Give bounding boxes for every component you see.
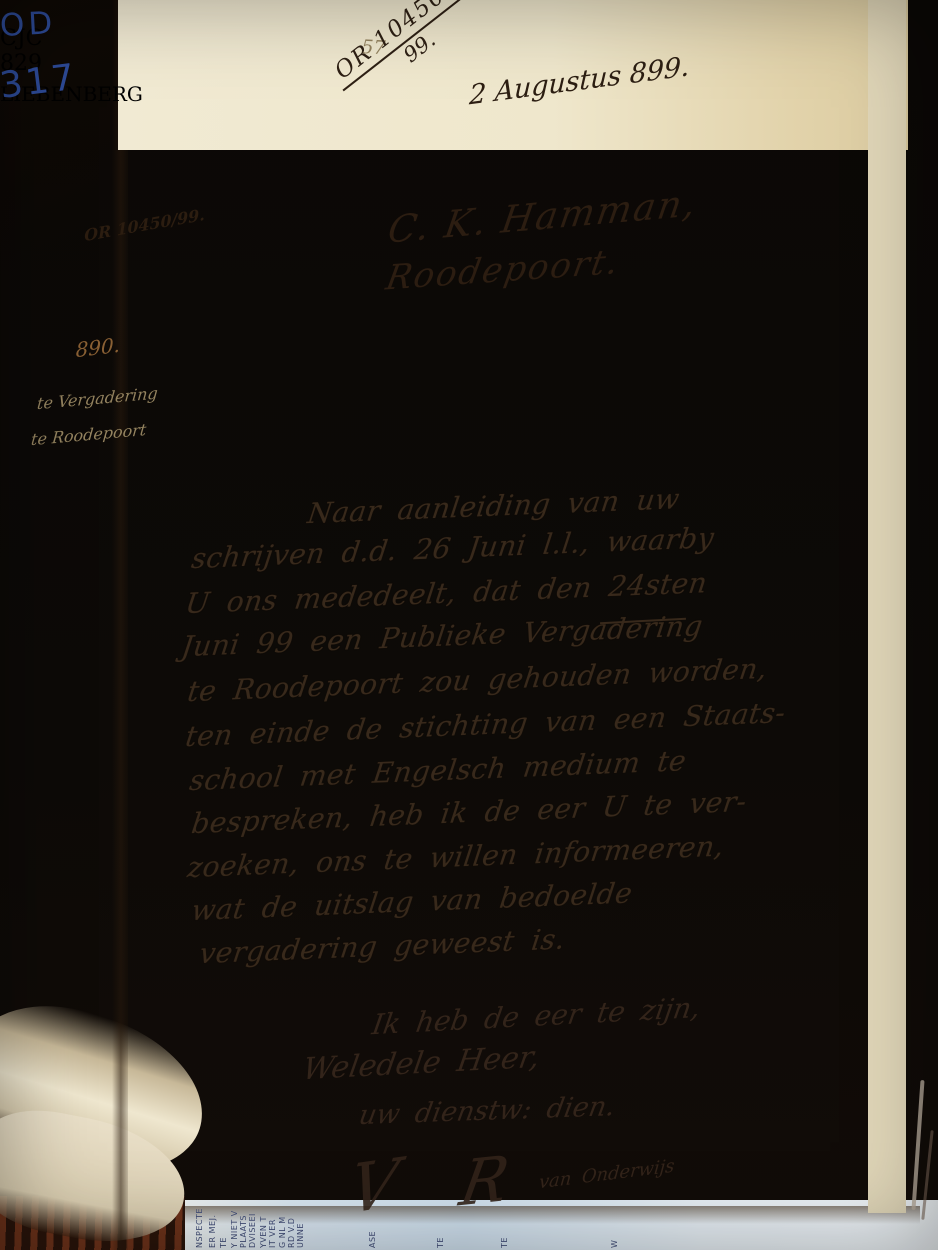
printed-text-fragment: DVISEEI bbox=[248, 1213, 257, 1248]
page-gap-shadow bbox=[112, 0, 128, 1250]
closing-line: Weledele Heer, bbox=[300, 1040, 542, 1088]
body-line: Naar aanleiding van uw bbox=[306, 482, 682, 530]
printed-text-fragment: YVEN T bbox=[259, 1216, 268, 1248]
book-edge-glint bbox=[911, 1080, 924, 1210]
label-code-line1: OD bbox=[0, 8, 1, 44]
backing-page-right bbox=[868, 0, 906, 1213]
addressee-place: Roodepoort. bbox=[383, 242, 623, 299]
closing-line: Ik heb de eer te zijn, bbox=[370, 991, 703, 1042]
printed-text-fragment: PLAATS bbox=[239, 1215, 248, 1248]
closing-line: uw dienstw: dien. bbox=[356, 1091, 617, 1131]
printed-text-fragment: Y NIET V bbox=[230, 1210, 239, 1248]
printed-text-fragment: UNNE bbox=[296, 1223, 305, 1248]
printed-text-fragment: TE bbox=[500, 1237, 509, 1248]
printed-text-fragment: IT VER bbox=[268, 1219, 277, 1248]
addressee-name: C. K. Hamman, bbox=[385, 181, 701, 252]
archival-photo: NSPECTE ER MEJ. TE Y NIET V PLAATS DVISE… bbox=[0, 0, 938, 1250]
printed-text-fragment: RD V.D bbox=[287, 1218, 296, 1248]
signature-fragment: van Onderwijs bbox=[538, 1155, 675, 1193]
body-line: schrijven d.d. 26 Juni l.l., waarby bbox=[190, 521, 717, 575]
body-line: zoeken, ons te willen informeeren, bbox=[186, 829, 727, 884]
printed-text-fragment: TE bbox=[219, 1237, 228, 1248]
printed-text-fragment: G NL M bbox=[278, 1216, 287, 1248]
printed-text-fragment: TE bbox=[436, 1237, 445, 1248]
printed-text-fragment: NSPECTE bbox=[195, 1208, 204, 1248]
body-line: vergadering geweest is. bbox=[198, 922, 568, 970]
printed-text-fragment: W bbox=[610, 1240, 619, 1248]
printed-text-fragment: ASE bbox=[368, 1231, 377, 1248]
letter-bottom-shadow bbox=[140, 1206, 920, 1224]
body-line: wat de uitslag van bedoelde bbox=[190, 876, 635, 927]
printed-text-fragment: ER MEJ. bbox=[208, 1214, 217, 1248]
